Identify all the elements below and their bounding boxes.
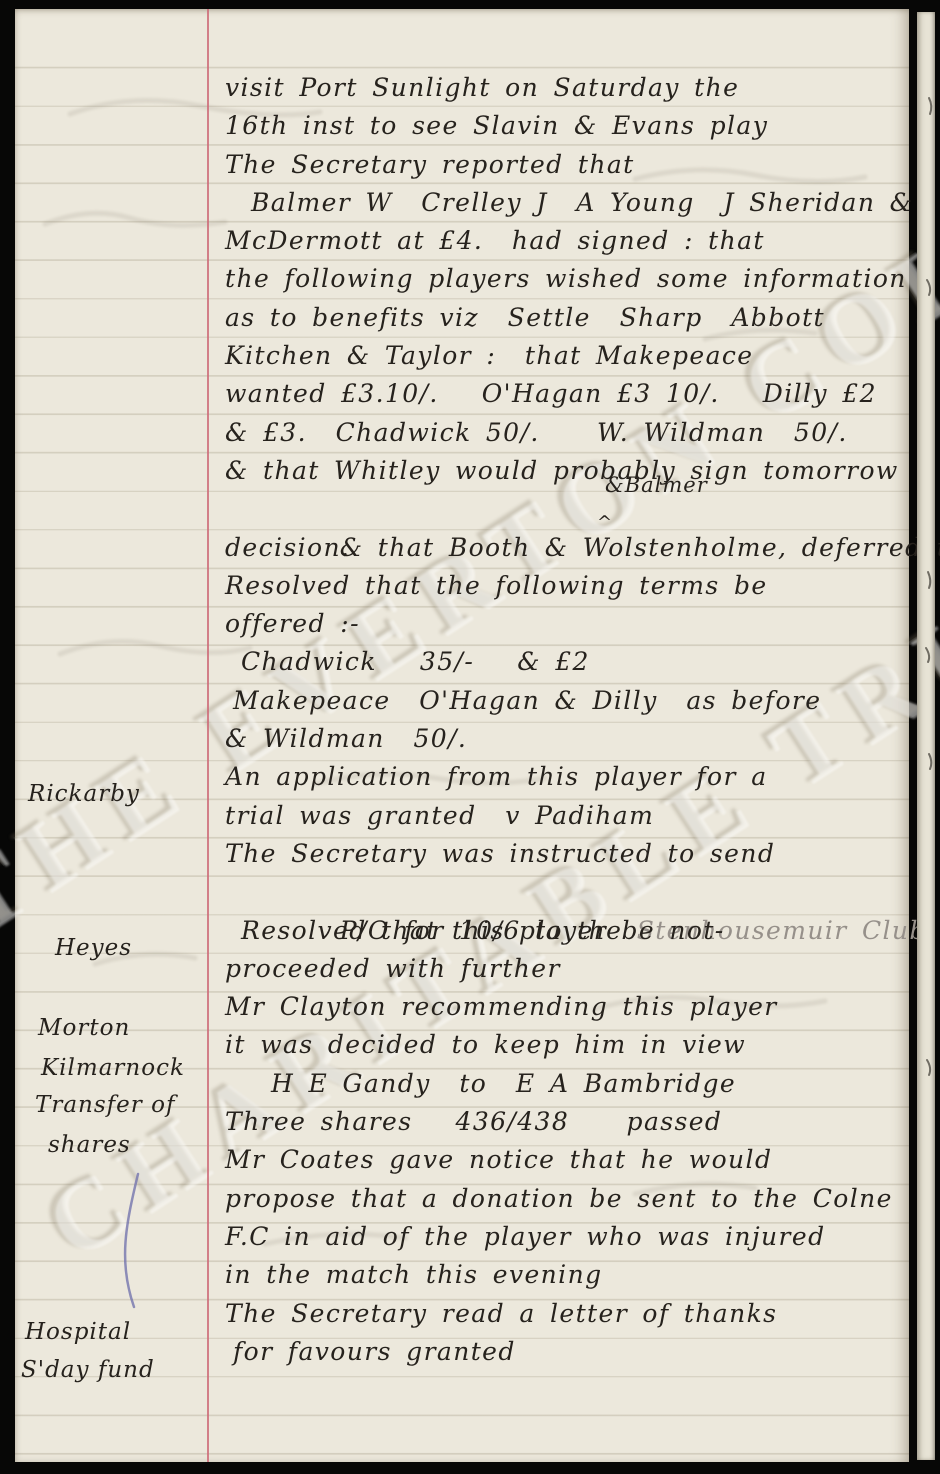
margin-note: Transfer of bbox=[35, 1092, 175, 1118]
minute-line: Balmer W Crelley J A Young J Sheridan & bbox=[225, 184, 905, 222]
minute-line: The Secretary reported that bbox=[225, 146, 905, 184]
notebook-page: THE EVERTON COLLECTION CHARITABLE TRUST … bbox=[15, 9, 909, 1462]
minute-line: McDermott at £4. had signed : that bbox=[225, 222, 905, 260]
minute-line: offered :- bbox=[225, 605, 905, 643]
minute-line: H E Gandy to E A Bambridge bbox=[225, 1065, 905, 1103]
minute-line: & Wildman 50/. bbox=[225, 720, 905, 758]
red-margin-rule bbox=[207, 9, 209, 1462]
facing-page-ink-marks bbox=[917, 12, 935, 1460]
minute-line: Chadwick 35/- & £2 bbox=[225, 643, 905, 681]
minute-line: F.C in aid of the player who was injured bbox=[225, 1218, 905, 1256]
minute-line: propose that a donation be sent to the C… bbox=[225, 1180, 905, 1218]
minute-line: Resolved that the following terms be bbox=[225, 567, 905, 605]
margin-note: Kilmarnock bbox=[41, 1055, 185, 1081]
minute-line: it was decided to keep him in view bbox=[225, 1026, 905, 1064]
minute-entry-text: visit Port Sunlight on Saturday the 16th… bbox=[225, 69, 905, 1371]
minute-line: the following players wished some inform… bbox=[225, 260, 905, 298]
margin-note: S'day fund bbox=[21, 1357, 155, 1383]
minute-line: & that Whitley would probably sign tomor… bbox=[225, 452, 905, 490]
inserted-correction: &Balmer bbox=[605, 475, 708, 496]
margin-note: Hospital bbox=[25, 1319, 131, 1345]
margin-note: shares bbox=[48, 1132, 131, 1158]
minute-line: & £3. Chadwick 50/. W. Wildman 50/. bbox=[225, 414, 905, 452]
minute-line: Makepeace O'Hagan & Dilly as before bbox=[225, 682, 905, 720]
minute-line: as to benefits viz Settle Sharp Abbott bbox=[225, 299, 905, 337]
scanned-minute-book-photo: THE EVERTON COLLECTION CHARITABLE TRUST … bbox=[0, 0, 940, 1474]
minute-line: Resolved that this player be not- bbox=[225, 912, 905, 950]
minute-line: The Secretary read a letter of thanks bbox=[225, 1295, 905, 1333]
minute-line-part-pencil: P/O for 10/6 to the Stenhousemuir Club. bbox=[225, 873, 905, 911]
margin-note: Heyes bbox=[55, 935, 132, 961]
minute-line: wanted £3.10/. O'Hagan £3 10/. Dilly £2 bbox=[225, 375, 905, 413]
minute-line: Three shares 436/438 passed bbox=[225, 1103, 905, 1141]
minute-line: Kitchen & Taylor : that Makepeace bbox=[225, 337, 905, 375]
facing-page-edge bbox=[917, 12, 935, 1460]
minute-line: in the match this evening bbox=[225, 1256, 905, 1294]
margin-note: Rickarby bbox=[28, 781, 140, 807]
margin-note: Morton bbox=[38, 1015, 130, 1041]
minute-line-with-insertion: & that Booth & Wolstenholme, deferred th… bbox=[225, 490, 905, 528]
minute-line: Mr Coates gave notice that he would bbox=[225, 1141, 905, 1179]
minute-line: for favours granted bbox=[225, 1333, 905, 1371]
minute-line: trial was granted v Padiham bbox=[225, 797, 905, 835]
minute-line: proceeded with further bbox=[225, 950, 905, 988]
minute-line: visit Port Sunlight on Saturday the bbox=[225, 69, 905, 107]
minute-line: An application from this player for a bbox=[225, 758, 905, 796]
minute-line: Mr Clayton recommending this player bbox=[225, 988, 905, 1026]
minute-line: The Secretary was instructed to send bbox=[225, 835, 905, 873]
minute-line: 16th inst to see Slavin & Evans play bbox=[225, 107, 905, 145]
minute-line: decision. bbox=[225, 529, 905, 567]
